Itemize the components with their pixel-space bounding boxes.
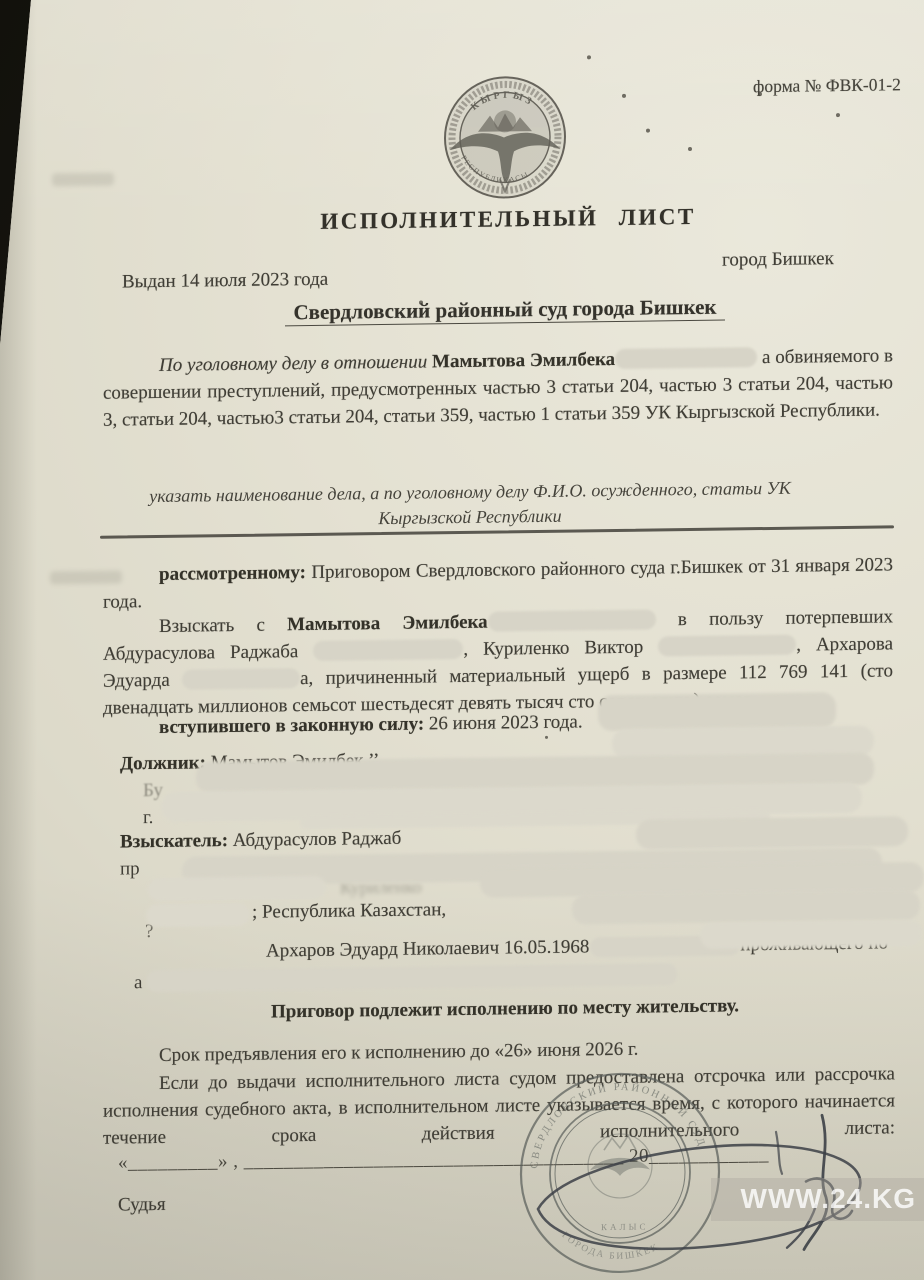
document-content: форма № ФВК-01-2 КЫРГЫЗ РЕСПУБЛИКАСЫ [0, 0, 924, 1280]
document-title: ИСПОЛНИТЕЛЬНЫЙ ЛИСТ [92, 201, 924, 238]
ink-speck [758, 92, 762, 96]
claimant-label: Взыскатель: [120, 830, 233, 852]
recover-debtor: Мамытова Эмилбека [287, 612, 488, 636]
photographed-document: форма № ФВК-01-2 КЫРГЫЗ РЕСПУБЛИКАСЫ [0, 0, 924, 1280]
residence-note: Приговор подлежит исполнению по месту жи… [90, 993, 920, 1026]
issue-date-line: Выдан 14 июля 2023 года [122, 269, 328, 294]
ink-speck [646, 129, 650, 133]
redaction [488, 609, 656, 631]
claimant-fragment: пр [120, 858, 140, 880]
considered-label: рассмотренному: [159, 562, 311, 585]
redaction [313, 639, 463, 661]
recover-lead: Взыскать с [159, 614, 287, 637]
claimant-name: Абдурасулов Раджаб [233, 828, 402, 851]
recover-t2: , Куриленко Виктор [463, 636, 658, 660]
redaction [182, 668, 300, 690]
ink-speck [688, 147, 692, 151]
debtor-address-fragment: Бу [143, 780, 163, 802]
ink-speck [419, 301, 423, 305]
debtor-city-fragment: г. [143, 807, 153, 829]
city-label: город Бишкек [722, 248, 834, 271]
redaction [700, 920, 922, 949]
case-intro: По уголовному делу в отношении [159, 351, 432, 376]
claimant-line: Взыскатель: Абдурасулов Раджаб [120, 828, 401, 854]
redaction [598, 692, 836, 731]
redaction [658, 635, 796, 657]
redaction [146, 903, 250, 927]
redaction [636, 816, 908, 850]
redaction [615, 347, 757, 369]
judge-label: Судья [118, 1194, 166, 1217]
ink-speck [836, 113, 840, 117]
news-site-watermark: WWW.24.KG [711, 1178, 924, 1221]
case-paragraph: По уголовному делу в отношении Мамытова … [103, 342, 893, 433]
accused-name: Мамытова Эмилбека [432, 349, 615, 372]
court-stamp-and-signature: СВЕРДЛОВСКИЙ РАЙОННЫЙ СУД ГОРОДА БИШКЕК … [440, 1054, 890, 1280]
ghost-margin-mark [50, 570, 122, 584]
ink-speck [545, 736, 548, 739]
address-fragment-line: а [134, 963, 677, 994]
redaction [147, 963, 677, 992]
entered-force-value: 26 июня 2023 года. [429, 711, 583, 734]
kyrgyz-state-emblem-icon: КЫРГЫЗ РЕСПУБЛИКАСЫ [430, 70, 580, 210]
court-heading: Свердловский районный суд города Бишкек [90, 292, 920, 328]
kazakhstan-line: ; Республика Казахстан, [252, 899, 446, 924]
redaction [572, 890, 920, 925]
court-heading-text: Свердловский районный суд города Бишкек [285, 295, 724, 327]
form-number: форма № ФВК-01-2 [753, 74, 901, 97]
stamp-inner-text: КАЛЫС [601, 1222, 648, 1233]
redaction [148, 876, 326, 901]
ink-speck [587, 55, 591, 59]
ink-speck [622, 94, 626, 98]
court-round-stamp: СВЕРДЛОВСКИЙ РАЙОННЫЙ СУД ГОРОДА БИШКЕК … [521, 1073, 719, 1274]
stamp-inner-emblem [588, 1134, 652, 1199]
ghost-margin-mark [52, 173, 114, 187]
entered-force-line: вступившего в законную силу: 26 июня 202… [159, 711, 583, 739]
entered-force-label: вступившего в законную силу: [159, 713, 429, 738]
arkharov-name: Архаров Эдуард Николаевич 16.05.1968 [266, 936, 589, 962]
address-fragment: а [134, 972, 142, 993]
